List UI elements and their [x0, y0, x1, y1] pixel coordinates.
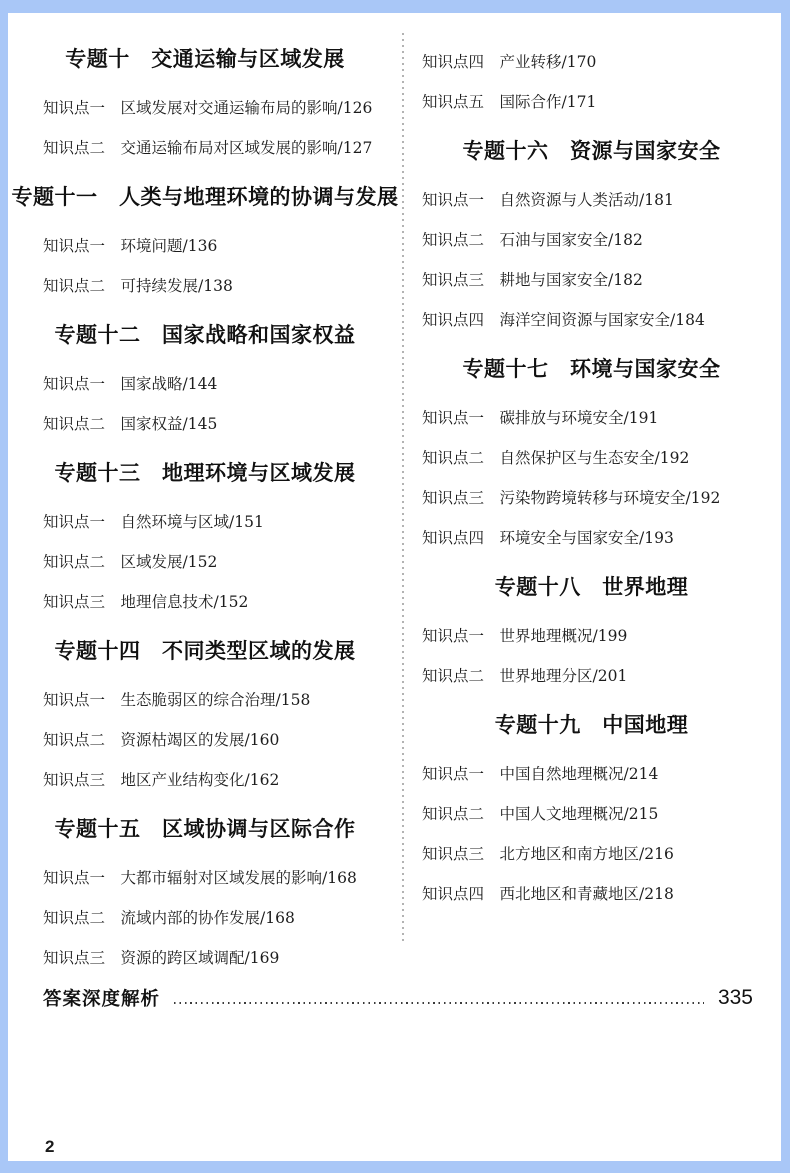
- toc-entry: 知识点一 生态脆弱区的综合治理/158: [8, 679, 402, 719]
- toc-section: 专题十 交通运输与区域发展 知识点一 区域发展对交通运输布局的影响/126 知识…: [8, 29, 402, 167]
- toc-column-right: 知识点四 产业转移/170 知识点五 国际合作/171 专题十六 资源与国家安全…: [402, 13, 781, 977]
- answers-footer-label: 答案深度解析: [43, 985, 160, 1011]
- toc-entry: 知识点三 污染物跨境转移与环境安全/192: [402, 477, 781, 517]
- toc-entry: 知识点一 碳排放与环境安全/191: [402, 397, 781, 437]
- toc-section: 专题十一 人类与地理环境的协调与发展 知识点一 环境问题/136 知识点二 可持…: [8, 167, 402, 305]
- toc-entry: 知识点一 自然环境与区域/151: [8, 501, 402, 541]
- toc-entry: 知识点三 北方地区和南方地区/216: [402, 833, 781, 873]
- toc-entry: 知识点二 流域内部的协作发展/168: [8, 897, 402, 937]
- toc-entry: 知识点一 区域发展对交通运输布局的影响/126: [8, 87, 402, 127]
- toc-entry: 知识点一 中国自然地理概况/214: [402, 753, 781, 793]
- toc-entry: 知识点四 产业转移/170: [402, 41, 781, 81]
- toc-section: 专题十六 资源与国家安全 知识点一 自然资源与人类活动/181 知识点二 石油与…: [402, 121, 781, 339]
- toc-entry: 知识点二 可持续发展/138: [8, 265, 402, 305]
- column-divider: [402, 33, 404, 943]
- toc-entry: 知识点二 交通运输布局对区域发展的影响/127: [8, 127, 402, 167]
- toc-entry: 知识点四 西北地区和青藏地区/218: [402, 873, 781, 913]
- toc-section: 专题十七 环境与国家安全 知识点一 碳排放与环境安全/191 知识点二 自然保护…: [402, 339, 781, 557]
- toc-entry: 知识点三 耕地与国家安全/182: [402, 259, 781, 299]
- toc-section-title: 专题十五 区域协调与区际合作: [8, 799, 402, 857]
- toc-entry: 知识点三 资源的跨区域调配/169: [8, 937, 402, 977]
- toc-entry: 知识点四 海洋空间资源与国家安全/184: [402, 299, 781, 339]
- answers-footer: 答案深度解析 335: [43, 977, 753, 1019]
- toc-entry: 知识点二 石油与国家安全/182: [402, 219, 781, 259]
- toc-section-title: 专题十七 环境与国家安全: [402, 339, 781, 397]
- toc-entry: 知识点三 地理信息技术/152: [8, 581, 402, 621]
- toc-section-title: 专题十九 中国地理: [402, 695, 781, 753]
- page-edge-right: [781, 0, 790, 1173]
- toc-section-title: 专题十六 资源与国家安全: [402, 121, 781, 179]
- toc-entry: 知识点二 中国人文地理概况/215: [402, 793, 781, 833]
- page-edge-top: [0, 0, 790, 13]
- toc-section: 专题十九 中国地理 知识点一 中国自然地理概况/214 知识点二 中国人文地理概…: [402, 695, 781, 913]
- toc-section: 专题十五 区域协调与区际合作 知识点一 大都市辐射对区域发展的影响/168 知识…: [8, 799, 402, 977]
- toc-section: 专题十四 不同类型区域的发展 知识点一 生态脆弱区的综合治理/158 知识点二 …: [8, 621, 402, 799]
- toc-entry: 知识点一 国家战略/144: [8, 363, 402, 403]
- toc-entry: 知识点四 环境安全与国家安全/193: [402, 517, 781, 557]
- toc-entry: 知识点一 世界地理概况/199: [402, 615, 781, 655]
- toc-entry: 知识点二 自然保护区与生态安全/192: [402, 437, 781, 477]
- toc-section: 专题十八 世界地理 知识点一 世界地理概况/199 知识点二 世界地理分区/20…: [402, 557, 781, 695]
- dot-leader: [174, 1002, 704, 1004]
- toc-entry: 知识点五 国际合作/171: [402, 81, 781, 121]
- toc-section-title: 专题十四 不同类型区域的发展: [8, 621, 402, 679]
- toc-entry: 知识点二 区域发展/152: [8, 541, 402, 581]
- toc-entry: 知识点二 资源枯竭区的发展/160: [8, 719, 402, 759]
- toc-section: 专题十三 地理环境与区域发展 知识点一 自然环境与区域/151 知识点二 区域发…: [8, 443, 402, 621]
- toc-entry: 知识点二 国家权益/145: [8, 403, 402, 443]
- toc-entry: 知识点二 世界地理分区/201: [402, 655, 781, 695]
- toc-section: 专题十二 国家战略和国家权益 知识点一 国家战略/144 知识点二 国家权益/1…: [8, 305, 402, 443]
- toc-entry: 知识点一 自然资源与人类活动/181: [402, 179, 781, 219]
- toc-entry: 知识点一 环境问题/136: [8, 225, 402, 265]
- toc-section-title: 专题十 交通运输与区域发展: [8, 29, 402, 87]
- toc-section-title: 专题十三 地理环境与区域发展: [8, 443, 402, 501]
- toc-section-title: 专题十一 人类与地理环境的协调与发展: [8, 167, 402, 225]
- toc-section-title: 专题十二 国家战略和国家权益: [8, 305, 402, 363]
- toc-entry: 知识点一 大都市辐射对区域发展的影响/168: [8, 857, 402, 897]
- toc-entry: 知识点三 地区产业结构变化/162: [8, 759, 402, 799]
- toc-section-continuation: 知识点四 产业转移/170 知识点五 国际合作/171: [402, 41, 781, 121]
- page-edge-left: [0, 0, 8, 1173]
- toc-column-left: 专题十 交通运输与区域发展 知识点一 区域发展对交通运输布局的影响/126 知识…: [8, 13, 402, 977]
- toc-section-title: 专题十八 世界地理: [402, 557, 781, 615]
- page-edge-bottom: [0, 1161, 790, 1173]
- page-number: 2: [45, 1137, 54, 1157]
- answers-footer-page-ref: 335: [718, 986, 753, 1010]
- toc-page: 专题十 交通运输与区域发展 知识点一 区域发展对交通运输布局的影响/126 知识…: [8, 13, 781, 1161]
